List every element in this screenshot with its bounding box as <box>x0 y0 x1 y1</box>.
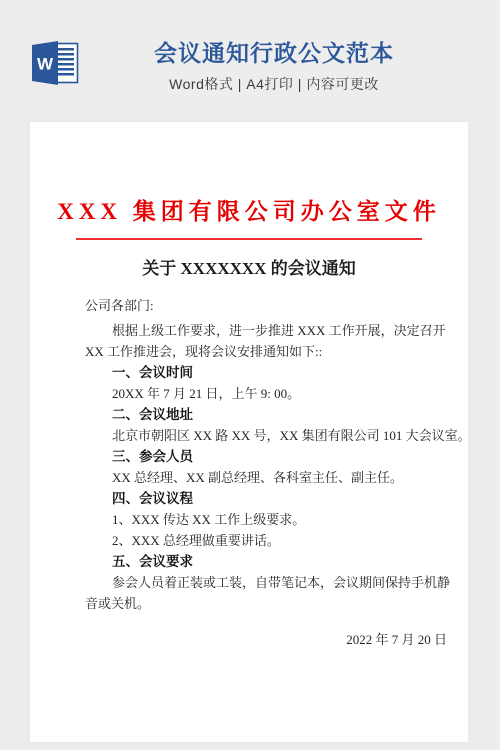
doc-section-heading: 三、参会人员 <box>85 446 432 467</box>
letterhead-divider <box>76 238 422 240</box>
document-page: XXX 集团有限公司办公室文件 关于 XXXXXXX 的会议通知 公司各部门: … <box>30 122 468 742</box>
doc-title: 关于 XXXXXXX 的会议通知 <box>30 257 468 281</box>
doc-section-line: 参会人员着正装或工装，自带笔记本，会议期间保持手机静 <box>85 572 432 593</box>
doc-section-line: XX 总经理、XX 副总经理、各科室主任、副主任。 <box>85 467 432 488</box>
doc-intro-line: 根据上级工作要求，进一步推进 XXX 工作开展，决定召开 <box>85 320 432 341</box>
doc-section-heading: 四、会议议程 <box>85 488 432 509</box>
doc-section-heading: 二、会议地址 <box>85 404 432 425</box>
doc-section-line: 北京市朝阳区 XX 路 XX 号，XX 集团有限公司 101 大会议室。 <box>85 425 432 446</box>
page-subtitle: Word格式 | A4打印 | 内容可更改 <box>48 76 500 92</box>
doc-section-heading: 一、会议时间 <box>85 362 432 383</box>
doc-date: 2022 年 7 月 20 日 <box>30 629 468 648</box>
doc-intro-line: XX 工作推进会，现将会议安排通知如下:: <box>85 341 432 362</box>
doc-section-heading: 五、会议要求 <box>85 551 432 572</box>
page-title: 会议通知行政公文范本 <box>48 40 500 67</box>
doc-section-line: 音或关机。 <box>85 593 432 614</box>
doc-section-line: 20XX 年 7 月 21 日，上午 9: 00。 <box>85 383 432 404</box>
doc-letterhead: XXX 集团有限公司办公室文件 <box>30 198 468 226</box>
header-text-block: 会议通知行政公文范本 Word格式 | A4打印 | 内容可更改 <box>48 0 500 92</box>
doc-salutation: 公司各部门: <box>85 295 432 316</box>
svg-text:W: W <box>37 55 54 74</box>
doc-section-line: 1、XXX 传达 XX 工作上级要求。 <box>85 509 432 530</box>
preview-header: W 会议通知行政公文范本 Word格式 | A4打印 | 内容可更改 <box>0 0 500 122</box>
doc-body: 公司各部门: 根据上级工作要求，进一步推进 XXX 工作开展，决定召开 XX 工… <box>30 295 468 614</box>
word-file-icon: W <box>32 40 80 86</box>
doc-section-line: 2、XXX 总经理做重要讲话。 <box>85 530 432 551</box>
